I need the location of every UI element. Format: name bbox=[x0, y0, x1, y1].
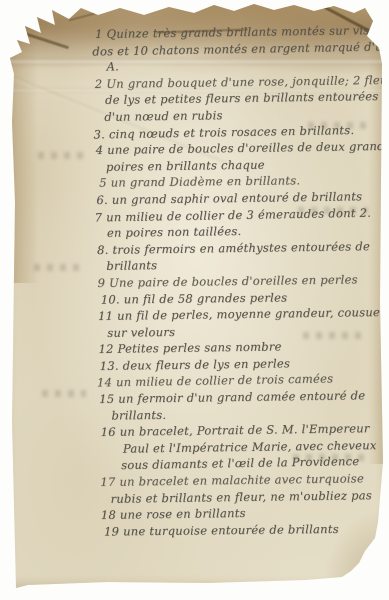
aged-left-stain bbox=[8, 2, 38, 283]
scanned-document: 1 Quinze très grands brillants montés su… bbox=[0, 0, 389, 600]
manuscript-page: 1 Quinze très grands brillants montés su… bbox=[8, 2, 384, 588]
handwritten-text-block: 1 Quinze très grands brillants montés su… bbox=[94, 22, 379, 540]
manuscript-line: 19 une turquoise entourée de brillants bbox=[104, 520, 382, 540]
ink-show-through bbox=[34, 264, 86, 271]
manuscript-line: 10. un fil de 58 grandes perles bbox=[101, 288, 379, 308]
ink-show-through bbox=[38, 152, 86, 159]
tear-mark bbox=[68, 9, 109, 22]
ink-show-through bbox=[42, 390, 86, 397]
tear-mark bbox=[17, 30, 69, 50]
manuscript-line: A. bbox=[106, 56, 375, 76]
